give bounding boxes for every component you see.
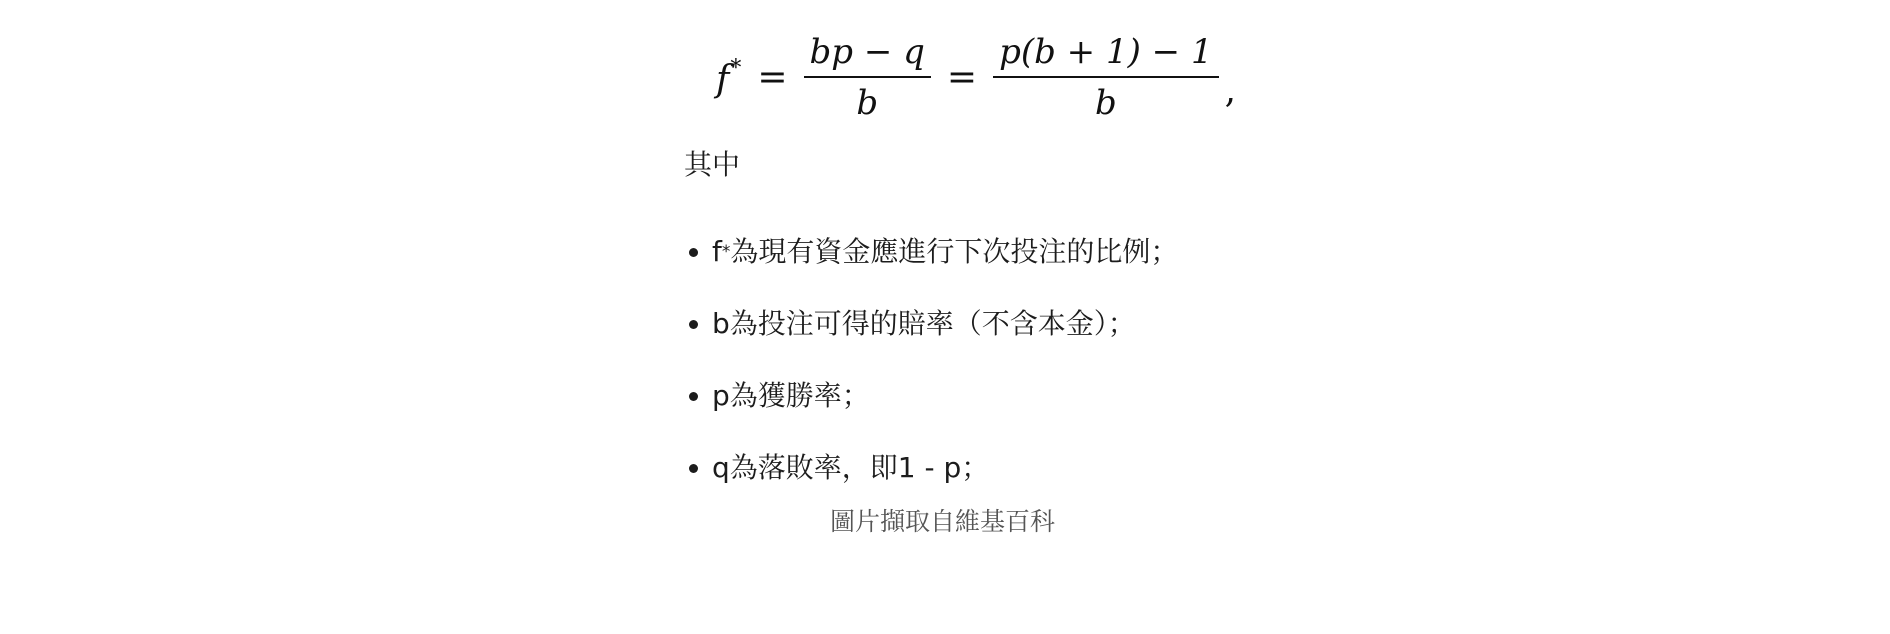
- formula-lhs: f*: [716, 58, 741, 98]
- equals-sign: =: [947, 60, 977, 96]
- image-caption: 圖片擷取自維基百科: [830, 506, 1055, 538]
- bullet-icon: [689, 320, 698, 329]
- formula-comma: ,: [1225, 70, 1236, 111]
- definition-text: 為現有資金應進行下次投注的比例；: [730, 232, 1178, 272]
- fraction-2-numerator: p(b + 1) − 1: [993, 33, 1219, 72]
- definition-symbol: q: [712, 448, 730, 488]
- formula-lhs-superscript: *: [730, 56, 741, 81]
- fraction-1-bar: [804, 76, 931, 78]
- definition-text: 為落敗率，即1 - p；: [730, 448, 990, 488]
- definition-symbol: b: [712, 304, 730, 344]
- definition-symbol: p: [712, 376, 730, 416]
- equals-sign: =: [757, 60, 787, 96]
- list-item: f*為現有資金應進行下次投注的比例；: [684, 232, 1178, 272]
- bullet-icon: [689, 248, 698, 257]
- fraction-1-denominator: b: [850, 84, 884, 123]
- list-item: q為落敗率，即1 - p；: [684, 448, 1178, 488]
- definition-text: 為投注可得的賠率（不含本金）；: [730, 304, 1136, 344]
- kelly-formula: f* = bp − q b = p(b + 1) − 1 b ,: [716, 28, 1236, 128]
- list-item: b為投注可得的賠率（不含本金）；: [684, 304, 1178, 344]
- definition-text: 為獲勝率；: [730, 376, 870, 416]
- definition-list: f*為現有資金應進行下次投注的比例； b為投注可得的賠率（不含本金）； p為獲勝…: [684, 232, 1178, 520]
- bullet-icon: [689, 392, 698, 401]
- intro-text: 其中: [684, 148, 740, 182]
- fraction-2-denominator: b: [1089, 84, 1123, 123]
- fraction-2-bar: [993, 76, 1219, 78]
- fraction-1-numerator: bp − q: [804, 33, 931, 72]
- document-content: f* = bp − q b = p(b + 1) − 1 b , 其中 f*為現…: [0, 0, 1890, 634]
- fraction-2: p(b + 1) − 1 b: [993, 33, 1219, 123]
- bullet-icon: [689, 464, 698, 473]
- definition-symbol: f: [712, 232, 722, 272]
- list-item: p為獲勝率；: [684, 376, 1178, 416]
- fraction-1: bp − q b: [804, 33, 931, 123]
